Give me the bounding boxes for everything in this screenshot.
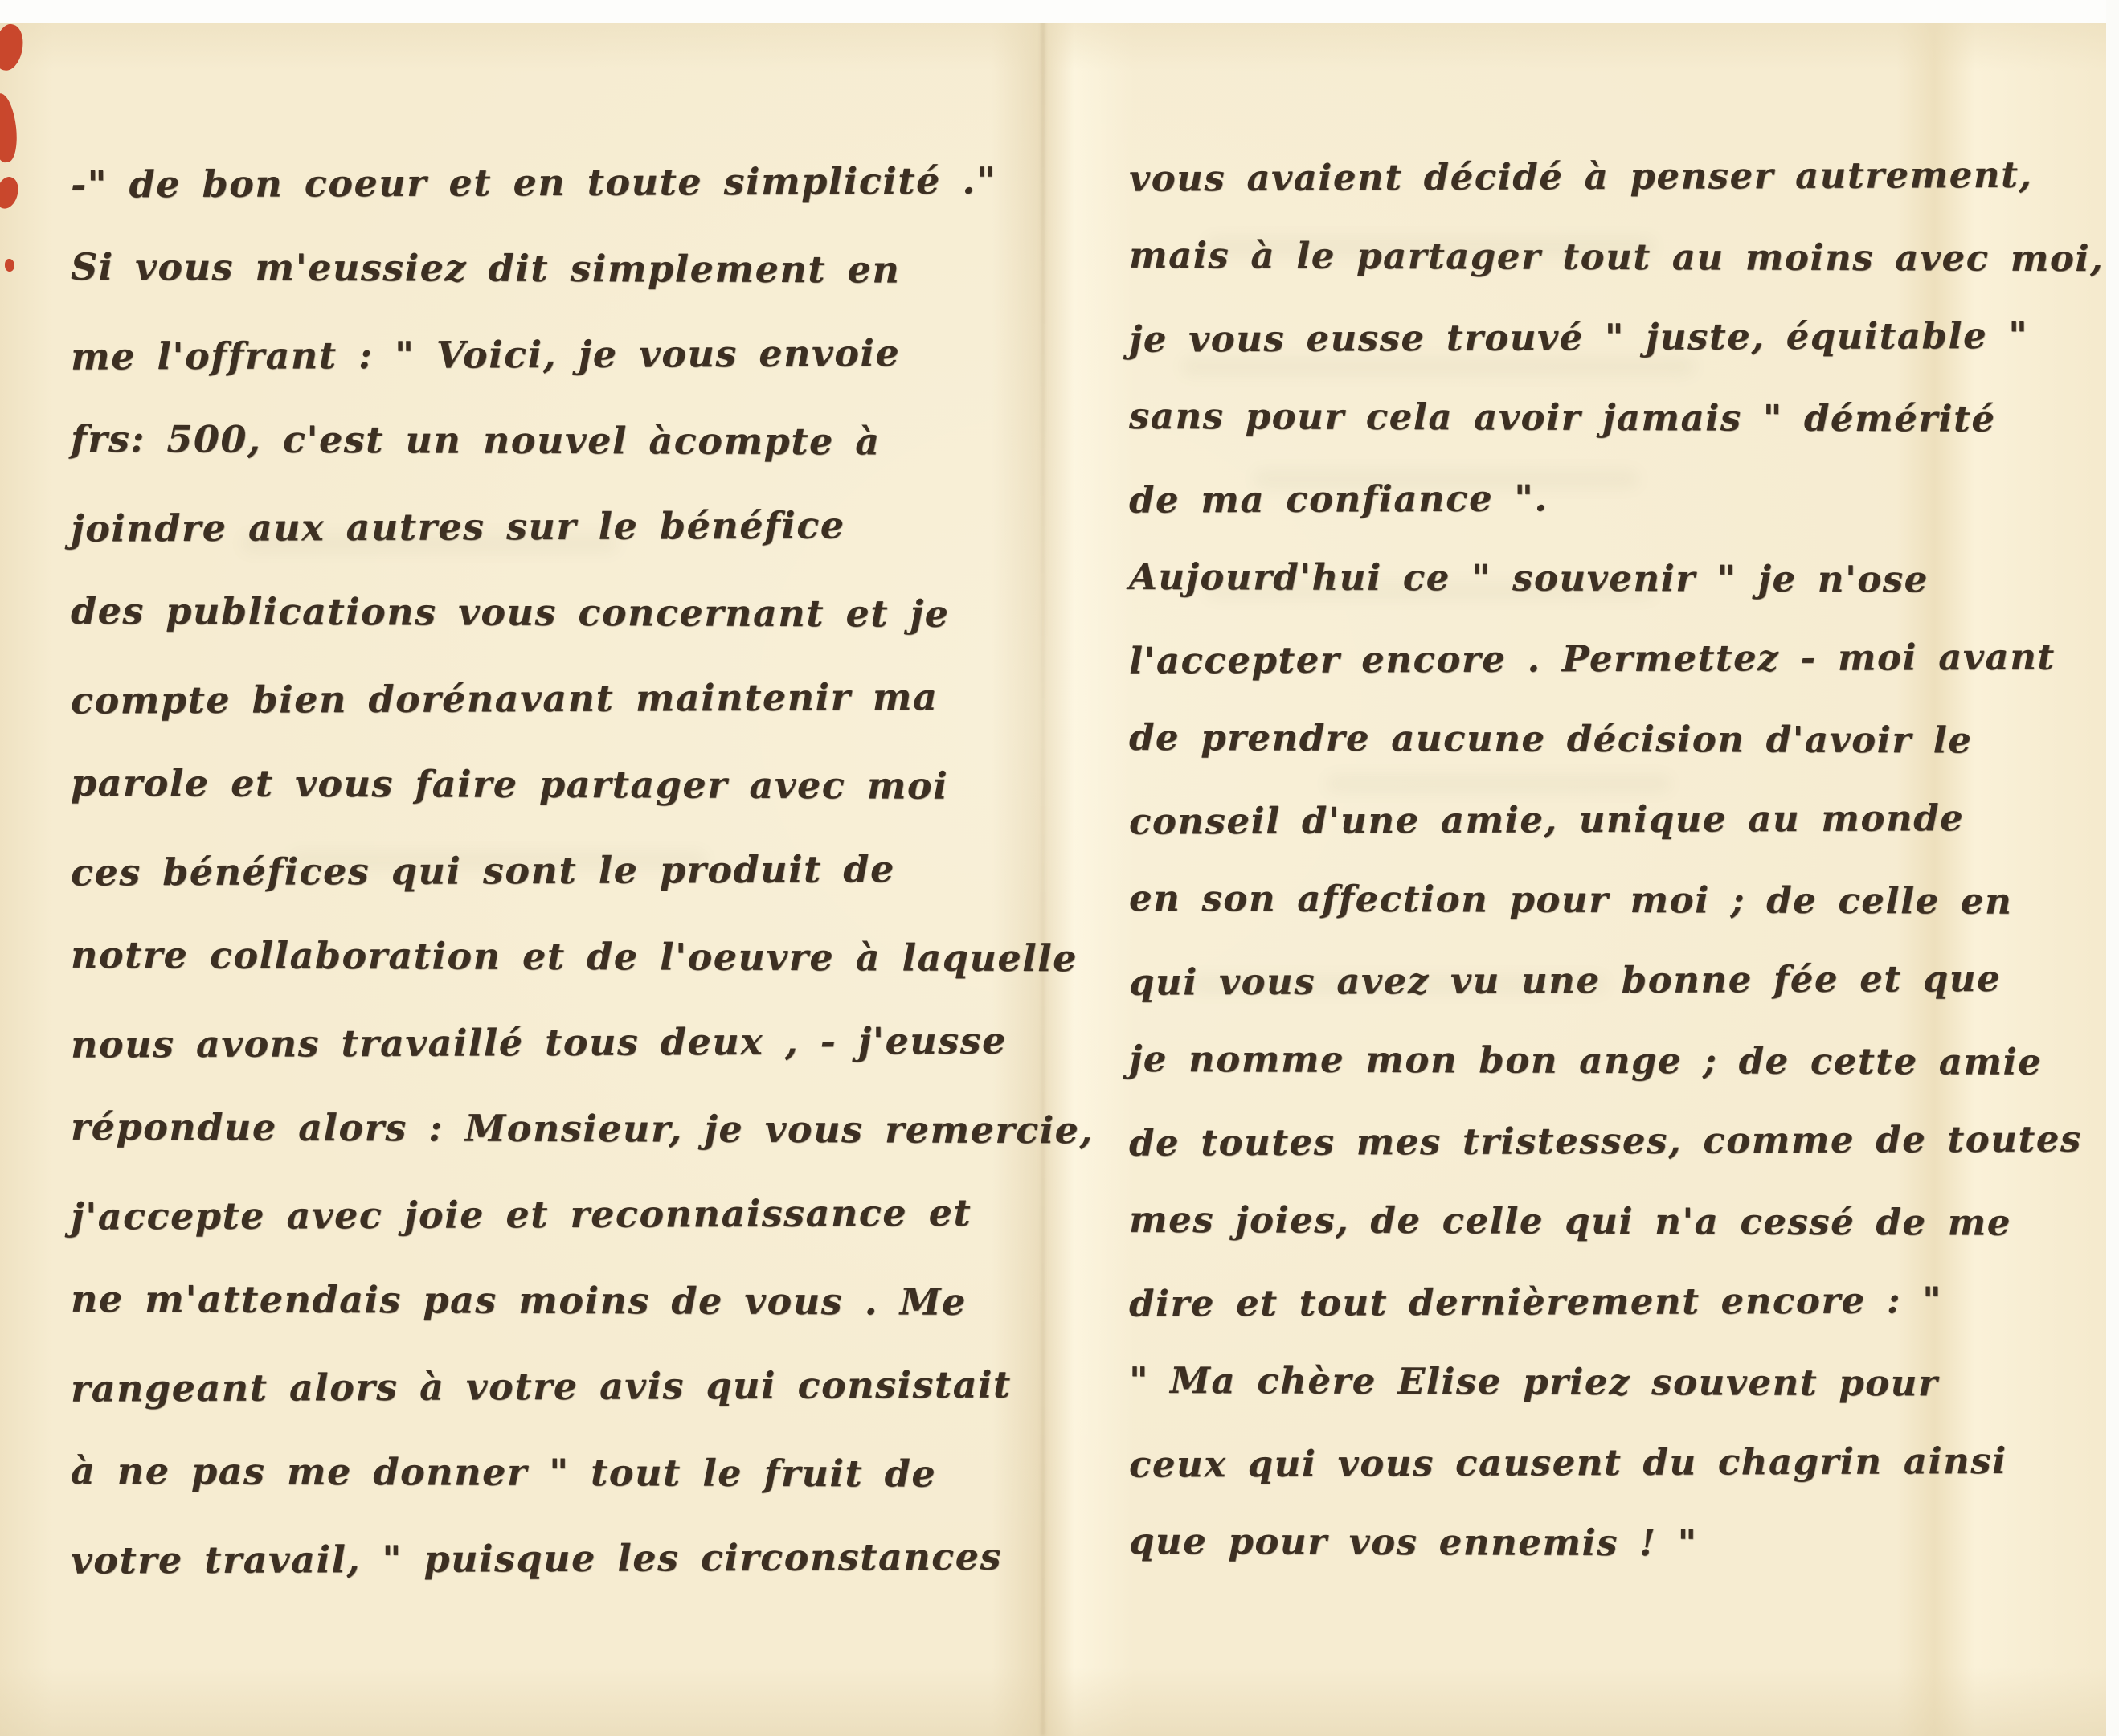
handwritten-line: joindre aux autres sur le bénéfice — [71, 481, 1047, 571]
handwritten-line: l'accepter encore . Permettez - moi avan… — [1129, 616, 2105, 701]
ink-bleed-smudge — [1181, 357, 1696, 376]
handwritten-line: sans pour cela avoir jamais " démérité — [1129, 376, 2105, 460]
handwritten-line: compte bien dorénavant maintenir ma — [71, 653, 1047, 743]
handwritten-line: de toutes mes tristesses, comme de toute… — [1129, 1099, 2105, 1183]
handwritten-line: de prendre aucune décision d'avoir le — [1129, 698, 2105, 781]
handwritten-line: ceux qui vous causent du chagrin ainsi — [1129, 1420, 2105, 1505]
handwritten-line: vous avaient décidé à penser autrement, — [1129, 134, 2105, 219]
red-edge-mark — [0, 92, 19, 164]
ink-bleed-smudge — [241, 534, 619, 553]
ink-bleed-smudge — [1254, 469, 1639, 489]
page-left: -" de bon coeur et en toute simplicité .… — [71, 140, 1047, 1602]
ink-bleed-smudge — [1205, 236, 1655, 257]
scanned-letter: -" de bon coeur et en toute simplicité .… — [0, 0, 2119, 1736]
handwritten-line: que pour vos ennemis ! " — [1129, 1501, 2105, 1585]
handwritten-line: ne m'attendais pas moins de vous . Me — [71, 1256, 1047, 1345]
red-edge-mark — [0, 22, 27, 73]
handwritten-line: Si vous m'eussiez dit simplement en — [71, 224, 1047, 313]
handwritten-line: votre travail, " puisque les circonstanc… — [71, 1513, 1047, 1603]
handwritten-line: je nomme mon bon ange ; de cette amie — [1129, 1019, 2105, 1103]
handwritten-line: " Ma chère Elise priez souvent pour — [1129, 1341, 2105, 1424]
handwritten-line: ces bénéfices qui sont le produit de — [71, 825, 1047, 915]
page-right: vous avaient décidé à penser autrement, … — [1129, 137, 2105, 1583]
handwritten-line: à ne pas me donner " tout le fruit de — [71, 1428, 1047, 1517]
handwritten-line: notre collaboration et de l'oeuvre à laq… — [71, 912, 1047, 1001]
handwritten-line: frs: 500, c'est un nouvel àcompte à — [71, 396, 1047, 485]
ink-bleed-smudge — [1326, 775, 1671, 792]
handwritten-line: mes joies, de celle qui n'a cessé de me — [1129, 1180, 2105, 1263]
ink-bleed-smudge — [1189, 976, 1607, 993]
handwritten-line: rangeant alors à votre avis qui consista… — [71, 1341, 1047, 1431]
handwritten-line: des publications vous concernant et je — [71, 568, 1047, 657]
scan-edge-right — [2106, 0, 2119, 1736]
red-edge-mark — [0, 174, 22, 211]
ink-bleed-smudge — [1205, 582, 1655, 600]
red-edge-mark — [5, 259, 14, 272]
handwritten-line: -" de bon coeur et en toute simplicité .… — [71, 137, 1047, 227]
letter-paper: -" de bon coeur et en toute simplicité .… — [0, 19, 2119, 1736]
handwritten-line: mais à le partager tout au moins avec mo… — [1129, 215, 2105, 299]
handwritten-line: répondue alors : Monsieur, je vous remer… — [71, 1084, 1047, 1173]
handwritten-line: nous avons travaillé tous deux , - j'eus… — [71, 997, 1047, 1087]
handwritten-line: dire et tout dernièrement encore : " — [1129, 1259, 2105, 1344]
scan-edge-top — [0, 0, 2119, 23]
handwritten-line: en son affection pour moi ; de celle en — [1129, 858, 2105, 942]
handwritten-line: j'accepte avec joie et reconnaissance et — [71, 1169, 1047, 1259]
ink-bleed-smudge — [289, 851, 707, 869]
handwritten-line: me l'offrant : " Voici, je vous envoie — [71, 309, 1047, 399]
handwritten-line: parole et vous faire partager avec moi — [71, 740, 1047, 829]
handwritten-line: Aujourd'hui ce " souvenir " je n'ose — [1129, 537, 2105, 620]
